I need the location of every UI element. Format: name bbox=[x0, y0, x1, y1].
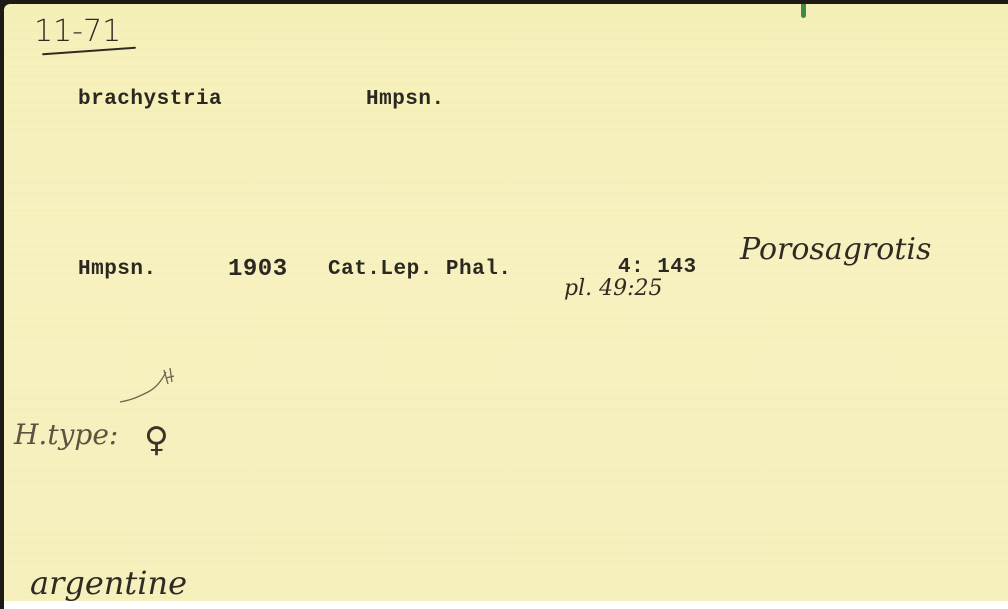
locality: argentine bbox=[30, 564, 187, 602]
type-sex-symbol: ♀ bbox=[144, 420, 169, 460]
citation-publication: Cat.Lep. Phal. bbox=[328, 258, 511, 281]
citation-author: Hmpsn. bbox=[78, 258, 157, 281]
species-author: Hmpsn. bbox=[366, 88, 445, 111]
index-card: 11-71 brachystria Hmpsn. Hmpsn. 1903 Cat… bbox=[4, 4, 1008, 609]
catalog-number: 11-71 bbox=[34, 14, 121, 49]
species-name: brachystria bbox=[78, 88, 222, 111]
type-label: H.type: bbox=[14, 418, 118, 451]
green-tab-marker bbox=[801, 4, 806, 18]
citation-plate: pl. 49:25 bbox=[564, 276, 663, 301]
citation-year: 1903 bbox=[228, 256, 288, 283]
genus-annotation: Porosagrotis bbox=[740, 232, 931, 267]
pencil-sketch-mark bbox=[118, 366, 178, 406]
